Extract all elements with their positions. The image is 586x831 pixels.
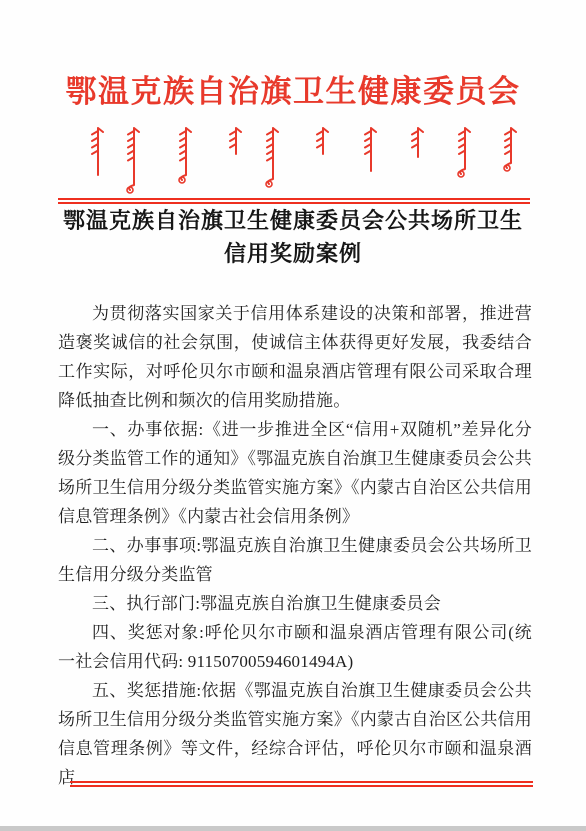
document-title-line1: 鄂温克族自治旗卫生健康委员会公共场所卫生 [63,208,523,233]
document-page: 鄂温克族自治旗卫生健康委员会 鄂温克族自治旗卫生健康委员会公共场所卫生 信用奖励… [0,0,586,831]
rule-line [70,785,533,787]
document-title-line2: 信用奖励案例 [224,241,362,266]
document-title: 鄂温克族自治旗卫生健康委员会公共场所卫生 信用奖励案例 [40,204,546,270]
body-paragraph-basis: 一、办事依据:《进一步推进全区“信用+双随机”差异化分级分类监管工作的通知》《鄂… [58,415,532,531]
mongolian-glyph-column [87,127,107,185]
document-body: 为贯彻落实国家关于信用体系建设的决策和部署，推进营造褒奖诚信的社会氛围，使诚信主… [58,299,532,792]
mongolian-glyph-column [123,127,143,195]
mongolian-glyph-column [407,127,427,167]
mongolian-glyph-column [262,127,282,189]
mongolian-script-row [58,127,530,191]
mongolian-glyph-column [312,127,332,164]
body-paragraph-matter: 二、办事事项:鄂温克族自治旗卫生健康委员会公共场所卫生信用分级分类监管 [58,531,532,589]
mongolian-glyph-column [500,127,520,173]
letterhead-org-name: 鄂温克族自治旗卫生健康委员会 [0,66,586,111]
body-paragraph-department: 三、执行部门:鄂温克族自治旗卫生健康委员会 [58,589,532,618]
mongolian-glyph-column [225,127,245,164]
mongolian-glyph-column [175,127,195,185]
mongolian-glyph-column [360,127,380,181]
scan-edge-shadow [0,826,586,831]
body-paragraph-target: 四、奖惩对象:呼伦贝尔市颐和温泉酒店管理有限公司(统一社会信用代码: 91150… [58,618,532,676]
body-paragraph-intro: 为贯彻落实国家关于信用体系建设的决策和部署，推进营造褒奖诚信的社会氛围，使诚信主… [58,299,532,415]
mongolian-glyph-column [454,127,474,179]
body-paragraph-measures: 五、奖惩措施:依据《鄂温克族自治旗卫生健康委员会公共场所卫生信用分级分类监管实施… [58,676,532,792]
footer-separator-rule [70,781,533,787]
